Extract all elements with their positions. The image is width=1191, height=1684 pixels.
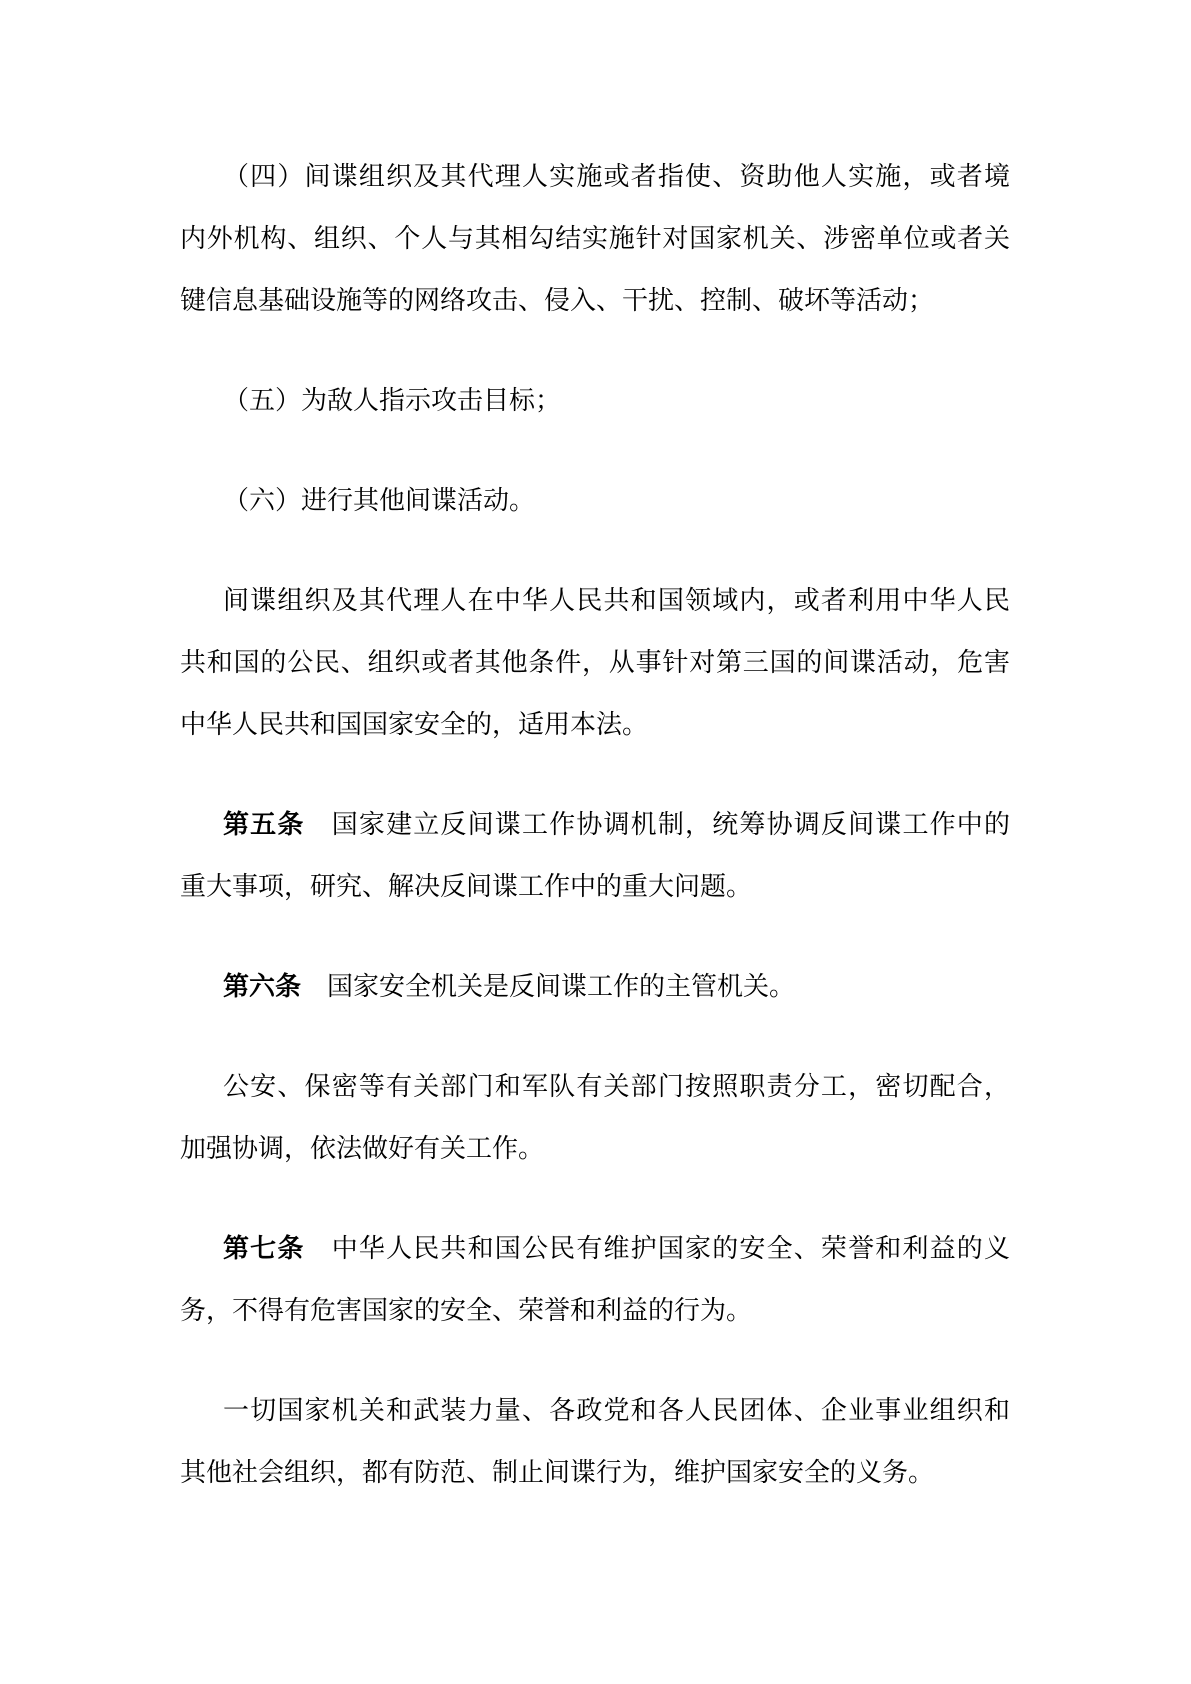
text-line: （五）为敌人指示攻击目标； bbox=[180, 369, 1010, 431]
text-run: 重大事项，研究、解决反间谍工作中的重大问题。 bbox=[180, 871, 752, 901]
text-line: 公安、保密等有关部门和军队有关部门按照职责分工，密切配合， bbox=[180, 1055, 1010, 1117]
text-line: 第六条 国家安全机关是反间谍工作的主管机关。 bbox=[180, 955, 1010, 1017]
text-run: 间谍组织及其代理人在中华人民共和国领域内，或者利用中华人民 bbox=[223, 585, 1010, 615]
text-line: 共和国的公民、组织或者其他条件，从事针对第三国的间谍活动，危害 bbox=[180, 631, 1010, 693]
text-line: （四）间谍组织及其代理人实施或者指使、资助他人实施，或者境 bbox=[180, 145, 1010, 207]
text-line: 中华人民共和国国家安全的，适用本法。 bbox=[180, 693, 1010, 755]
text-line: 第七条 中华人民共和国公民有维护国家的安全、荣誉和利益的义 bbox=[180, 1217, 1010, 1279]
paragraph-article-5: 第五条 国家建立反间谍工作协调机制，统筹协调反间谍工作中的重大事项，研究、解决反… bbox=[180, 793, 1010, 917]
text-line: （六）进行其他间谍活动。 bbox=[180, 469, 1010, 531]
text-line: 其他社会组织，都有防范、制止间谍行为，维护国家安全的义务。 bbox=[180, 1441, 1010, 1503]
text-run: 键信息基础设施等的网络攻击、侵入、干扰、控制、破坏等活动； bbox=[180, 285, 934, 315]
text-run: （五）为敌人指示攻击目标； bbox=[223, 385, 561, 415]
text-run: （六）进行其他间谍活动。 bbox=[223, 485, 535, 515]
paragraph-item-5: （五）为敌人指示攻击目标； bbox=[180, 369, 1010, 431]
article-number: 第七条 bbox=[223, 1233, 305, 1263]
paragraph-organizations-duty: 一切国家机关和武装力量、各政党和各人民团体、企业事业组织和其他社会组织，都有防范… bbox=[180, 1379, 1010, 1503]
text-run: （四）间谍组织及其代理人实施或者指使、资助他人实施，或者境 bbox=[223, 161, 1010, 191]
text-run: 国家建立反间谍工作协调机制，统筹协调反间谍工作中的 bbox=[305, 809, 1010, 839]
text-run: 内外机构、组织、个人与其相勾结实施针对国家机关、涉密单位或者关 bbox=[180, 223, 1010, 253]
text-line: 间谍组织及其代理人在中华人民共和国领域内，或者利用中华人民 bbox=[180, 569, 1010, 631]
text-run: 共和国的公民、组织或者其他条件，从事针对第三国的间谍活动，危害 bbox=[180, 647, 1010, 677]
paragraph-public-security-cooperation: 公安、保密等有关部门和军队有关部门按照职责分工，密切配合，加强协调，依法做好有关… bbox=[180, 1055, 1010, 1179]
text-line: 内外机构、组织、个人与其相勾结实施针对国家机关、涉密单位或者关 bbox=[180, 207, 1010, 269]
text-run: 加强协调，依法做好有关工作。 bbox=[180, 1133, 544, 1163]
text-run: 其他社会组织，都有防范、制止间谍行为，维护国家安全的义务。 bbox=[180, 1457, 934, 1487]
paragraph-article-7: 第七条 中华人民共和国公民有维护国家的安全、荣誉和利益的义务，不得有危害国家的安… bbox=[180, 1217, 1010, 1341]
article-number: 第六条 bbox=[223, 971, 301, 1001]
text-run: 中华人民共和国国家安全的，适用本法。 bbox=[180, 709, 648, 739]
text-run: 一切国家机关和武装力量、各政党和各人民团体、企业事业组织和 bbox=[223, 1395, 1010, 1425]
text-line: 重大事项，研究、解决反间谍工作中的重大问题。 bbox=[180, 855, 1010, 917]
article-number: 第五条 bbox=[223, 809, 305, 839]
text-run: 国家安全机关是反间谍工作的主管机关。 bbox=[301, 971, 795, 1001]
text-line: 一切国家机关和武装力量、各政党和各人民团体、企业事业组织和 bbox=[180, 1379, 1010, 1441]
text-line: 加强协调，依法做好有关工作。 bbox=[180, 1117, 1010, 1179]
paragraph-item-6: （六）进行其他间谍活动。 bbox=[180, 469, 1010, 531]
text-run: 公安、保密等有关部门和军队有关部门按照职责分工，密切配合， bbox=[223, 1071, 1010, 1101]
text-run: 务，不得有危害国家的安全、荣誉和利益的行为。 bbox=[180, 1295, 752, 1325]
paragraph-item-4: （四）间谍组织及其代理人实施或者指使、资助他人实施，或者境内外机构、组织、个人与… bbox=[180, 145, 1010, 331]
document-body: （四）间谍组织及其代理人实施或者指使、资助他人实施，或者境内外机构、组织、个人与… bbox=[180, 145, 1010, 1503]
text-line: 务，不得有危害国家的安全、荣誉和利益的行为。 bbox=[180, 1279, 1010, 1341]
document-page: （四）间谍组织及其代理人实施或者指使、资助他人实施，或者境内外机构、组织、个人与… bbox=[0, 0, 1191, 1684]
text-run: 中华人民共和国公民有维护国家的安全、荣誉和利益的义 bbox=[305, 1233, 1010, 1263]
text-line: 第五条 国家建立反间谍工作协调机制，统筹协调反间谍工作中的 bbox=[180, 793, 1010, 855]
paragraph-jurisdiction: 间谍组织及其代理人在中华人民共和国领域内，或者利用中华人民共和国的公民、组织或者… bbox=[180, 569, 1010, 755]
text-line: 键信息基础设施等的网络攻击、侵入、干扰、控制、破坏等活动； bbox=[180, 269, 1010, 331]
paragraph-article-6: 第六条 国家安全机关是反间谍工作的主管机关。 bbox=[180, 955, 1010, 1017]
